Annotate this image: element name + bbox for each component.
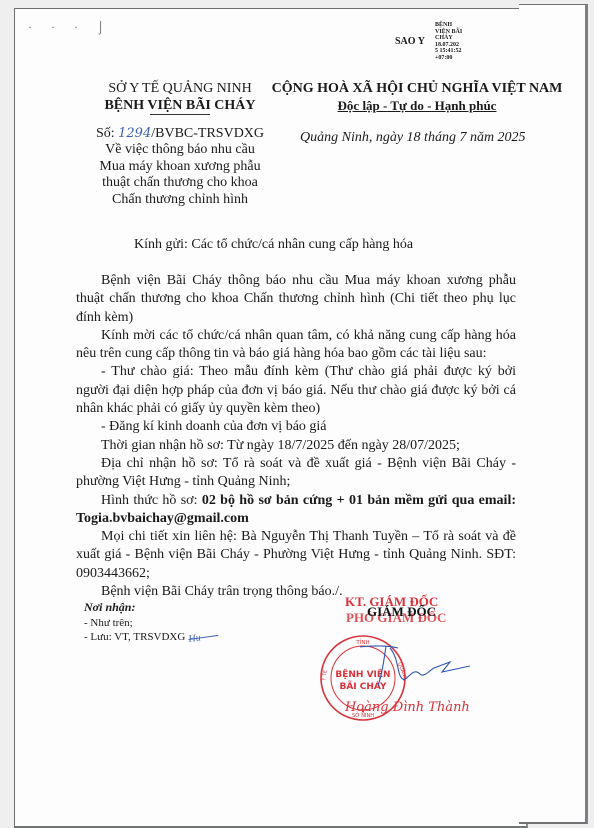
recipients-title: Nơi nhận: <box>84 600 135 615</box>
document-number: Số: 1294/BVBC-TRSVDXG <box>70 126 290 142</box>
body-paragraph: Bệnh viện Bãi Cháy trân trọng thông báo.… <box>76 583 516 601</box>
doc-number-prefix: Số: <box>96 126 118 141</box>
department-name: SỞ Y TẾ QUẢNG NINH <box>70 80 290 97</box>
nation-name: CỘNG HOÀ XÃ HỘI CHỦ NGHĨA VIỆT NAM <box>262 80 572 97</box>
place-and-date: Quảng Ninh, ngày 18 tháng 7 năm 2025 <box>300 130 526 146</box>
body-paragraph: Bệnh viện Bãi Cháy thông báo nhu cầu Mua… <box>76 272 516 327</box>
doc-number-handwritten: 1294 <box>118 126 151 141</box>
subject-line: thuật chấn thương cho khoa <box>70 175 290 192</box>
body-paragraph: Mọi chi tiết xin liên hệ: Bà Nguyễn Thị … <box>76 528 516 583</box>
hospital-name: BỆNH VIỆN BÃI CHÁY <box>70 97 290 114</box>
recipient-item: - Như trên; <box>84 616 218 630</box>
hospital-underline <box>150 114 210 115</box>
subject-line: Về việc thông báo nhu cầu <box>70 142 290 159</box>
document-subject: Về việc thông báo nhu cầu Mua máy khoan … <box>70 142 290 208</box>
initial-signature: Hu <box>188 629 219 640</box>
copy-stamp-label: SAO Y <box>395 36 425 47</box>
page-margin <box>519 4 588 824</box>
issuer-header: SỞ Y TẾ QUẢNG NINH BỆNH VIỆN BÃI CHÁY <box>70 80 290 115</box>
copy-stamp-details: BỆNH VIỆN BÃI CHÁY 18.07.202 5 15:41:52 … <box>435 22 462 61</box>
handwritten-marks: · · · ⌡ <box>28 20 112 35</box>
recipients-list: - Như trên; - Lưu: VT, TRSVDXGHu <box>84 616 218 644</box>
national-motto: Độc lập - Tự do - Hạnh phúc <box>262 97 572 114</box>
body-paragraph: - Thư chào giá: Theo mẫu đính kèm (Thư c… <box>76 363 516 418</box>
body-paragraph-submission: Hình thức hồ sơ: 02 bộ hồ sơ bản cứng + … <box>76 492 516 529</box>
signature-title: GIÁM ĐỐC <box>367 604 436 620</box>
subject-line: Mua máy khoan xương phẫu <box>70 159 290 176</box>
signer-name: Hoàng Đình Thành <box>345 700 470 715</box>
addressee: Kính gửi: Các tổ chức/cá nhân cung cấp h… <box>134 237 413 253</box>
document-body: Bệnh viện Bãi Cháy thông báo nhu cầu Mua… <box>76 272 516 601</box>
subject-line: Chấn thương chỉnh hình <box>70 192 290 209</box>
body-paragraph: Thời gian nhận hồ sơ: Từ ngày 18/7/2025 … <box>76 437 516 455</box>
body-paragraph: Kính mời các tổ chức/cá nhân quan tâm, c… <box>76 327 516 364</box>
body-paragraph: - Đăng kí kinh doanh của đơn vị báo giá <box>76 418 516 436</box>
body-paragraph: Địa chỉ nhận hồ sơ: Tổ rà soát và đề xuấ… <box>76 455 516 492</box>
handwritten-signature <box>360 640 470 690</box>
recipient-item: - Lưu: VT, TRSVDXGHu <box>84 630 218 644</box>
national-header: CỘNG HOÀ XÃ HỘI CHỦ NGHĨA VIỆT NAM Độc l… <box>262 80 572 114</box>
submission-label: Hình thức hồ sơ: <box>101 493 202 508</box>
doc-number-suffix: /BVBC-TRSVDXG <box>151 126 264 141</box>
